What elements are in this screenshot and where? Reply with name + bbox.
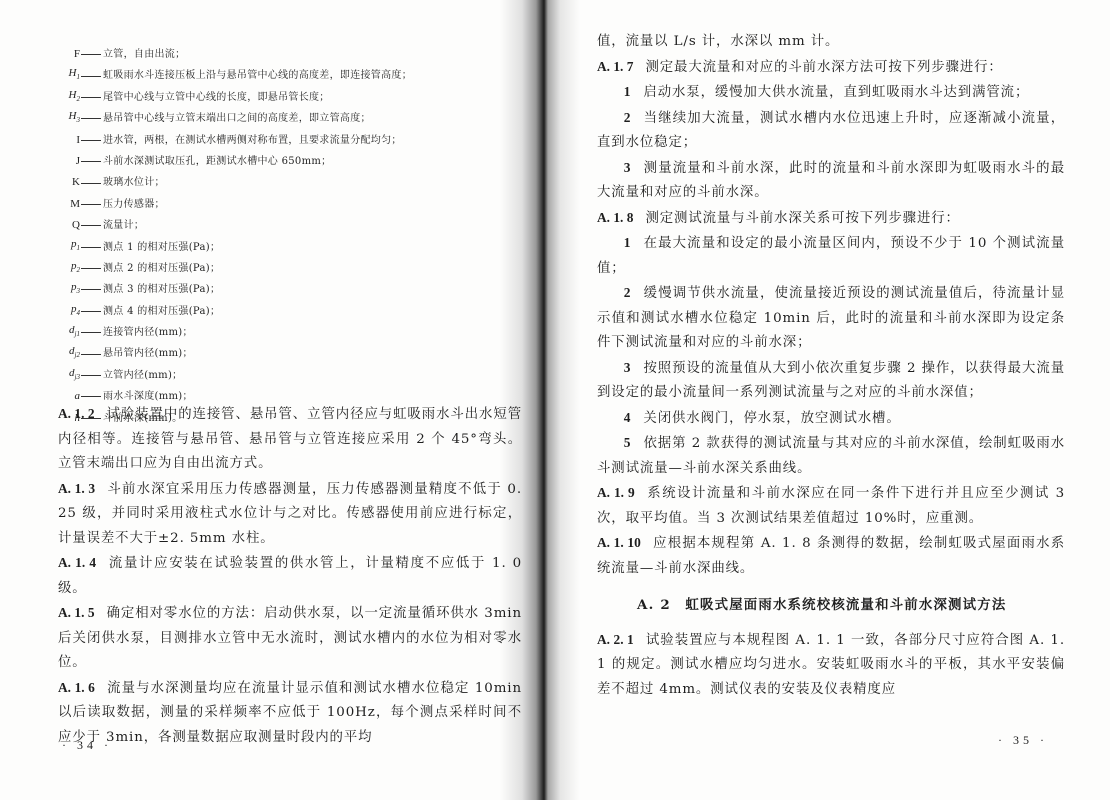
legend-row: M压力传感器； (58, 194, 518, 215)
em-dash-divider (81, 375, 101, 376)
em-dash-divider (81, 247, 101, 248)
legend-row: F立管，自由出流； (58, 44, 518, 65)
em-dash-divider (81, 183, 101, 184)
list-item: 3按照预设的流量值从大到小依次重复步骤 2 操作，以获得最大流量到设定的最小流量… (597, 356, 1065, 406)
em-dash-divider (81, 332, 101, 333)
legend-row: K玻璃水位计； (58, 172, 518, 193)
symbol-subscript: j2 (75, 352, 80, 360)
legend-symbol: I (58, 130, 80, 151)
symbol-subscript: j1 (75, 330, 80, 338)
legend-description: 玻璃水位计； (103, 172, 165, 193)
symbol-base: H (69, 89, 77, 101)
right-body-text: 值，流量以 L/s 计，水深以 mm 计。 A. 1. 7测定最大流量和对应的斗… (597, 30, 1065, 702)
legend-row: H2尾管中心线与立管中心线的长度，即悬吊管长度； (58, 87, 518, 108)
clause-a-1-9: A. 1. 9系统设计流量和斗前水深应在同一条件下进行并且应至少测试 3 次，取… (597, 481, 1065, 531)
em-dash-divider (81, 54, 101, 55)
legend-description: 立管内径(mm)； (103, 365, 182, 386)
em-dash-divider (81, 204, 101, 205)
symbol-subscript: 3 (77, 287, 81, 295)
section-heading-a-2: A. 2 虹吸式屋面雨水系统校核流量和斗前水深测试方法 (597, 593, 1065, 618)
symbol-base: I (76, 134, 80, 146)
left-body-text: A. 1. 2试验装置中的连接管、悬吊管、立管内径应与虹吸雨水斗出水短管内径相等… (58, 402, 522, 750)
legend-description: 立管，自由出流； (103, 44, 185, 65)
symbol-subscript: 1 (77, 73, 81, 81)
page-number-right: · 35 · (998, 733, 1048, 748)
legend-description: 流量计； (103, 215, 144, 236)
symbol-base: K (72, 176, 80, 188)
legend-row: H1虹吸雨水斗连接压板上沿与悬吊管中心线的高度差，即连接管高度； (58, 65, 518, 86)
symbol-subscript: 4 (77, 309, 81, 317)
clause-a-1-5: A. 1. 5确定相对零水位的方法：启动供水泵，以一定流量循环供水 3min 后… (58, 601, 522, 676)
legend-description: 虹吸雨水斗连接压板上沿与悬吊管中心线的高度差，即连接管高度； (103, 65, 412, 86)
symbol-subscript: 1 (77, 245, 81, 253)
legend-description: 斗前水深测试取压孔，距测试水槽中心 650mm； (103, 151, 331, 172)
symbol-subscript: 3 (77, 116, 81, 124)
symbol-base: M (70, 198, 80, 210)
legend-row: I进水管，两根，在测试水槽两侧对称布置，且要求流量分配均匀； (58, 130, 518, 151)
symbol-base: J (76, 155, 80, 167)
list-item: 2缓慢调节供水流量，使流量接近预设的测试流量值后，待流量计显示值和测试水槽水位稳… (597, 281, 1065, 356)
legend-row: p3测点 3 的相对压强(Pa)； (58, 279, 518, 300)
symbol-base: Q (72, 219, 80, 231)
left-page: F立管，自由出流；H1虹吸雨水斗连接压板上沿与悬吊管中心线的高度差，即连接管高度… (0, 0, 540, 800)
page-number-left: · 34 · (62, 738, 112, 753)
legend-row: p4测点 4 的相对压强(Pa)； (58, 301, 518, 322)
symbol-subscript: j3 (75, 373, 80, 381)
clause-a-1-7: A. 1. 7测定最大流量和对应的斗前水深方法可按下列步骤进行： (597, 55, 1065, 81)
legend-row: p1测点 1 的相对压强(Pa)； (58, 237, 518, 258)
legend-description: 测点 3 的相对压强(Pa)； (103, 279, 220, 300)
em-dash-divider (81, 140, 101, 141)
list-item: 1启动水泵，缓慢加大供水流量，直到虹吸雨水斗达到满管流； (597, 80, 1065, 106)
legend-row: p2测点 2 的相对压强(Pa)； (58, 258, 518, 279)
legend-row: J斗前水深测试取压孔，距测试水槽中心 650mm； (58, 151, 518, 172)
legend-row: dj1连接管内径(mm)； (58, 322, 518, 343)
em-dash-divider (81, 161, 101, 162)
legend-symbol: J (58, 151, 80, 172)
symbol-subscript: 2 (77, 95, 81, 103)
clause-a-2-1: A. 2. 1试验装置应与本规程图 A. 1. 1 一致，各部分尺寸应符合图 A… (597, 628, 1065, 703)
legend-description: 进水管，两根，在测试水槽两侧对称布置，且要求流量分配均匀； (103, 130, 402, 151)
clause-a-1-10: A. 1. 10应根据本规程第 A. 1. 8 条测得的数据，绘制虹吸式屋面雨水… (597, 531, 1065, 581)
em-dash-divider (81, 97, 101, 98)
legend-row: dj3立管内径(mm)； (58, 365, 518, 386)
legend-description: 测点 2 的相对压强(Pa)； (103, 258, 220, 279)
legend-symbol: F (58, 44, 80, 65)
em-dash-divider (81, 289, 101, 290)
em-dash-divider (81, 268, 101, 269)
list-item: 1在最大流量和设定的最小流量区间内，预设不少于 10 个测试流量值； (597, 231, 1065, 281)
symbol-base: F (74, 48, 80, 60)
legend-description: 悬吊管中心线与立管末端出口之间的高度差，即立管高度； (103, 108, 371, 129)
clause-a-1-8: A. 1. 8测定测试流量与斗前水深关系可按下列步骤进行： (597, 206, 1065, 232)
clause-a-1-3: A. 1. 3斗前水深宜采用压力传感器测量，压力传感器测量精度不低于 0. 25… (58, 477, 522, 552)
legend-description: 悬吊管内径(mm)； (103, 343, 193, 364)
clause-a-1-6: A. 1. 6流量与水深测量均应在流量计显示值和测试水槽水位稳定 10min 以… (58, 676, 522, 751)
em-dash-divider (81, 354, 101, 355)
list-item: 2当继续加大流量，测试水槽内水位迅速上升时，应逐渐减小流量，直到水位稳定； (597, 106, 1065, 156)
em-dash-divider (81, 225, 101, 226)
clause-a-1-4: A. 1. 4流量计应安装在试验装置的供水管上，计量精度不应低于 1. 0 级。 (58, 551, 522, 601)
list-item: 5依据第 2 款获得的测试流量与其对应的斗前水深值，绘制虹吸雨水斗测试流量—斗前… (597, 431, 1065, 481)
legend-description: 测点 4 的相对压强(Pa)； (103, 301, 220, 322)
list-item: 3测量流量和斗前水深，此时的流量和斗前水深即为虹吸雨水斗的最大流量和对应的斗前水… (597, 156, 1065, 206)
list-item: 4关闭供水阀门，停水泵，放空测试水槽。 (597, 406, 1065, 432)
symbol-base: H (69, 110, 77, 122)
em-dash-divider (81, 396, 101, 397)
figure-legend: F立管，自由出流；H1虹吸雨水斗连接压板上沿与悬吊管中心线的高度差，即连接管高度… (58, 44, 518, 429)
continuation-text: 值，流量以 L/s 计，水深以 mm 计。 (597, 30, 1065, 55)
legend-description: 压力传感器； (103, 194, 165, 215)
em-dash-divider (81, 118, 101, 119)
symbol-base: H (69, 67, 77, 79)
em-dash-divider (81, 76, 101, 77)
legend-symbol: K (58, 172, 80, 193)
legend-symbol: Q (58, 215, 80, 236)
legend-symbol: M (58, 194, 80, 215)
legend-description: 尾管中心线与立管中心线的长度，即悬吊管长度； (103, 87, 330, 108)
legend-row: Q流量计； (58, 215, 518, 236)
symbol-base: a (75, 390, 81, 402)
legend-symbol: dj3 (58, 363, 80, 389)
legend-row: H3悬吊管中心线与立管末端出口之间的高度差，即立管高度； (58, 108, 518, 129)
legend-description: 连接管内径(mm)； (103, 322, 193, 343)
clause-a-1-2: A. 1. 2试验装置中的连接管、悬吊管、立管内径应与虹吸雨水斗出水短管内径相等… (58, 402, 522, 477)
symbol-subscript: 2 (77, 266, 81, 274)
legend-row: dj2悬吊管内径(mm)； (58, 343, 518, 364)
legend-symbol: H3 (58, 106, 80, 132)
legend-description: 测点 1 的相对压强(Pa)； (103, 237, 220, 258)
em-dash-divider (81, 311, 101, 312)
